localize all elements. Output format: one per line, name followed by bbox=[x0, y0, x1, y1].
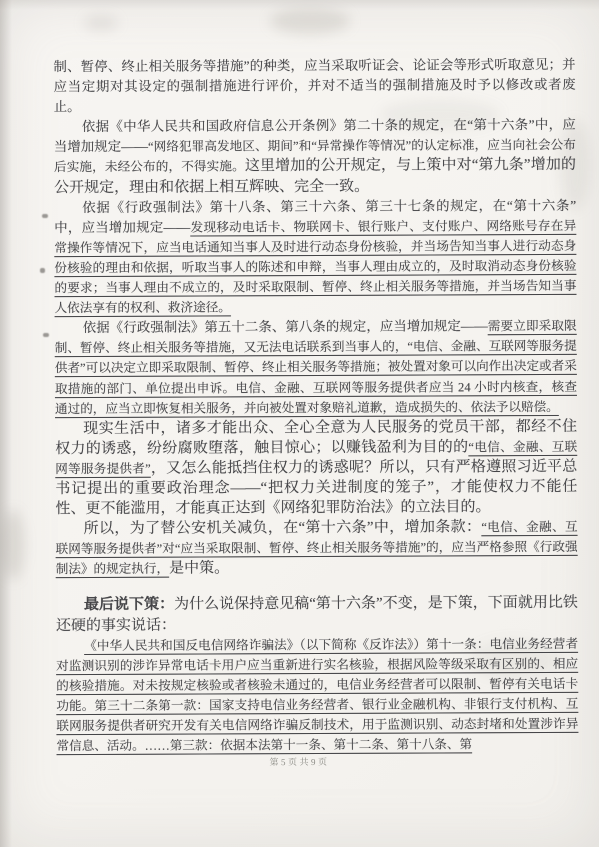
scan-speck bbox=[40, 268, 45, 273]
para-gov-info-disclosure: 依据《中华人民共和国政府信息公开条例》第二十条的规定，在“第十六条”中，应当增加… bbox=[54, 115, 576, 198]
para-bold-lead: 最后说下策： bbox=[84, 597, 174, 613]
scan-smudge bbox=[84, 16, 118, 30]
page-footer: 第5页共9页 bbox=[0, 754, 599, 770]
scan-speck bbox=[43, 333, 49, 337]
para-final-policy-lead: 最后说下策：为什么说保持意见稿“第十六条”不变，是下策，下面就用比铁还硬的事实说… bbox=[56, 593, 578, 635]
para-lead: 依据《行政强制法》第五十二条、第八条的规定，应当增加规定—— bbox=[83, 318, 488, 335]
para-lead: 所以，为了替公安机关减负，在“第十六条”中，增加条款： bbox=[84, 519, 482, 537]
page-number-indicator: 第5页共9页 bbox=[269, 757, 329, 767]
scan-edge-shadow-top bbox=[0, 0, 599, 10]
para-reality-comment: 现实生活中，诸多才能出众、全心全意为人民服务的党员干部，都经不住权力的诱惑，纷纷… bbox=[55, 417, 577, 520]
scan-smudge bbox=[2, 510, 24, 580]
para-law-citation-underlined: 《中华人民共和国反电信网络诈骗法》（以下简称《反诈法》）第十一条：电信业务经营者… bbox=[56, 636, 578, 753]
para-admin-enforcement-art52: 依据《行政强制法》第五十二条、第八条的规定，应当增加规定——需要立即采取限制、暂… bbox=[55, 316, 577, 419]
para-anti-fraud-law-quote: 《中华人民共和国反电信网络诈骗法》（以下简称《反诈法》）第十一条：电信业务经营者… bbox=[56, 633, 579, 756]
scanned-document-page: 制、暂停、终止相关服务等措施”的种类，应当采取听证会、论证会等形式听取意见；并应… bbox=[0, 0, 599, 847]
scan-speck bbox=[42, 214, 48, 218]
para-continued-measures: 制、暂停、终止相关服务等措施”的种类，应当采取听证会、论证会等形式听取意见；并应… bbox=[53, 55, 575, 118]
document-text-block: 制、暂停、终止相关服务等措施”的种类，应当采取听证会、论证会等形式听取意见；并应… bbox=[53, 55, 578, 756]
para-middle-policy: 所以，为了替公安机关减负，在“第十六条”中，增加条款：“电信、金融、互联网等服务… bbox=[55, 517, 577, 580]
para-text: 制、暂停、终止相关服务等措施”的种类，应当采取听证会、论证会等形式听取意见；并应… bbox=[53, 57, 575, 114]
scan-edge-shadow-left bbox=[0, 0, 12, 847]
para-tail: 是中策。 bbox=[169, 561, 229, 577]
para-admin-enforcement-art18: 依据《行政强制法》第十八条、第三十六条、第三十七条的规定，在“第十六条”中，应当… bbox=[54, 196, 577, 319]
scan-smudge bbox=[270, 8, 350, 34]
